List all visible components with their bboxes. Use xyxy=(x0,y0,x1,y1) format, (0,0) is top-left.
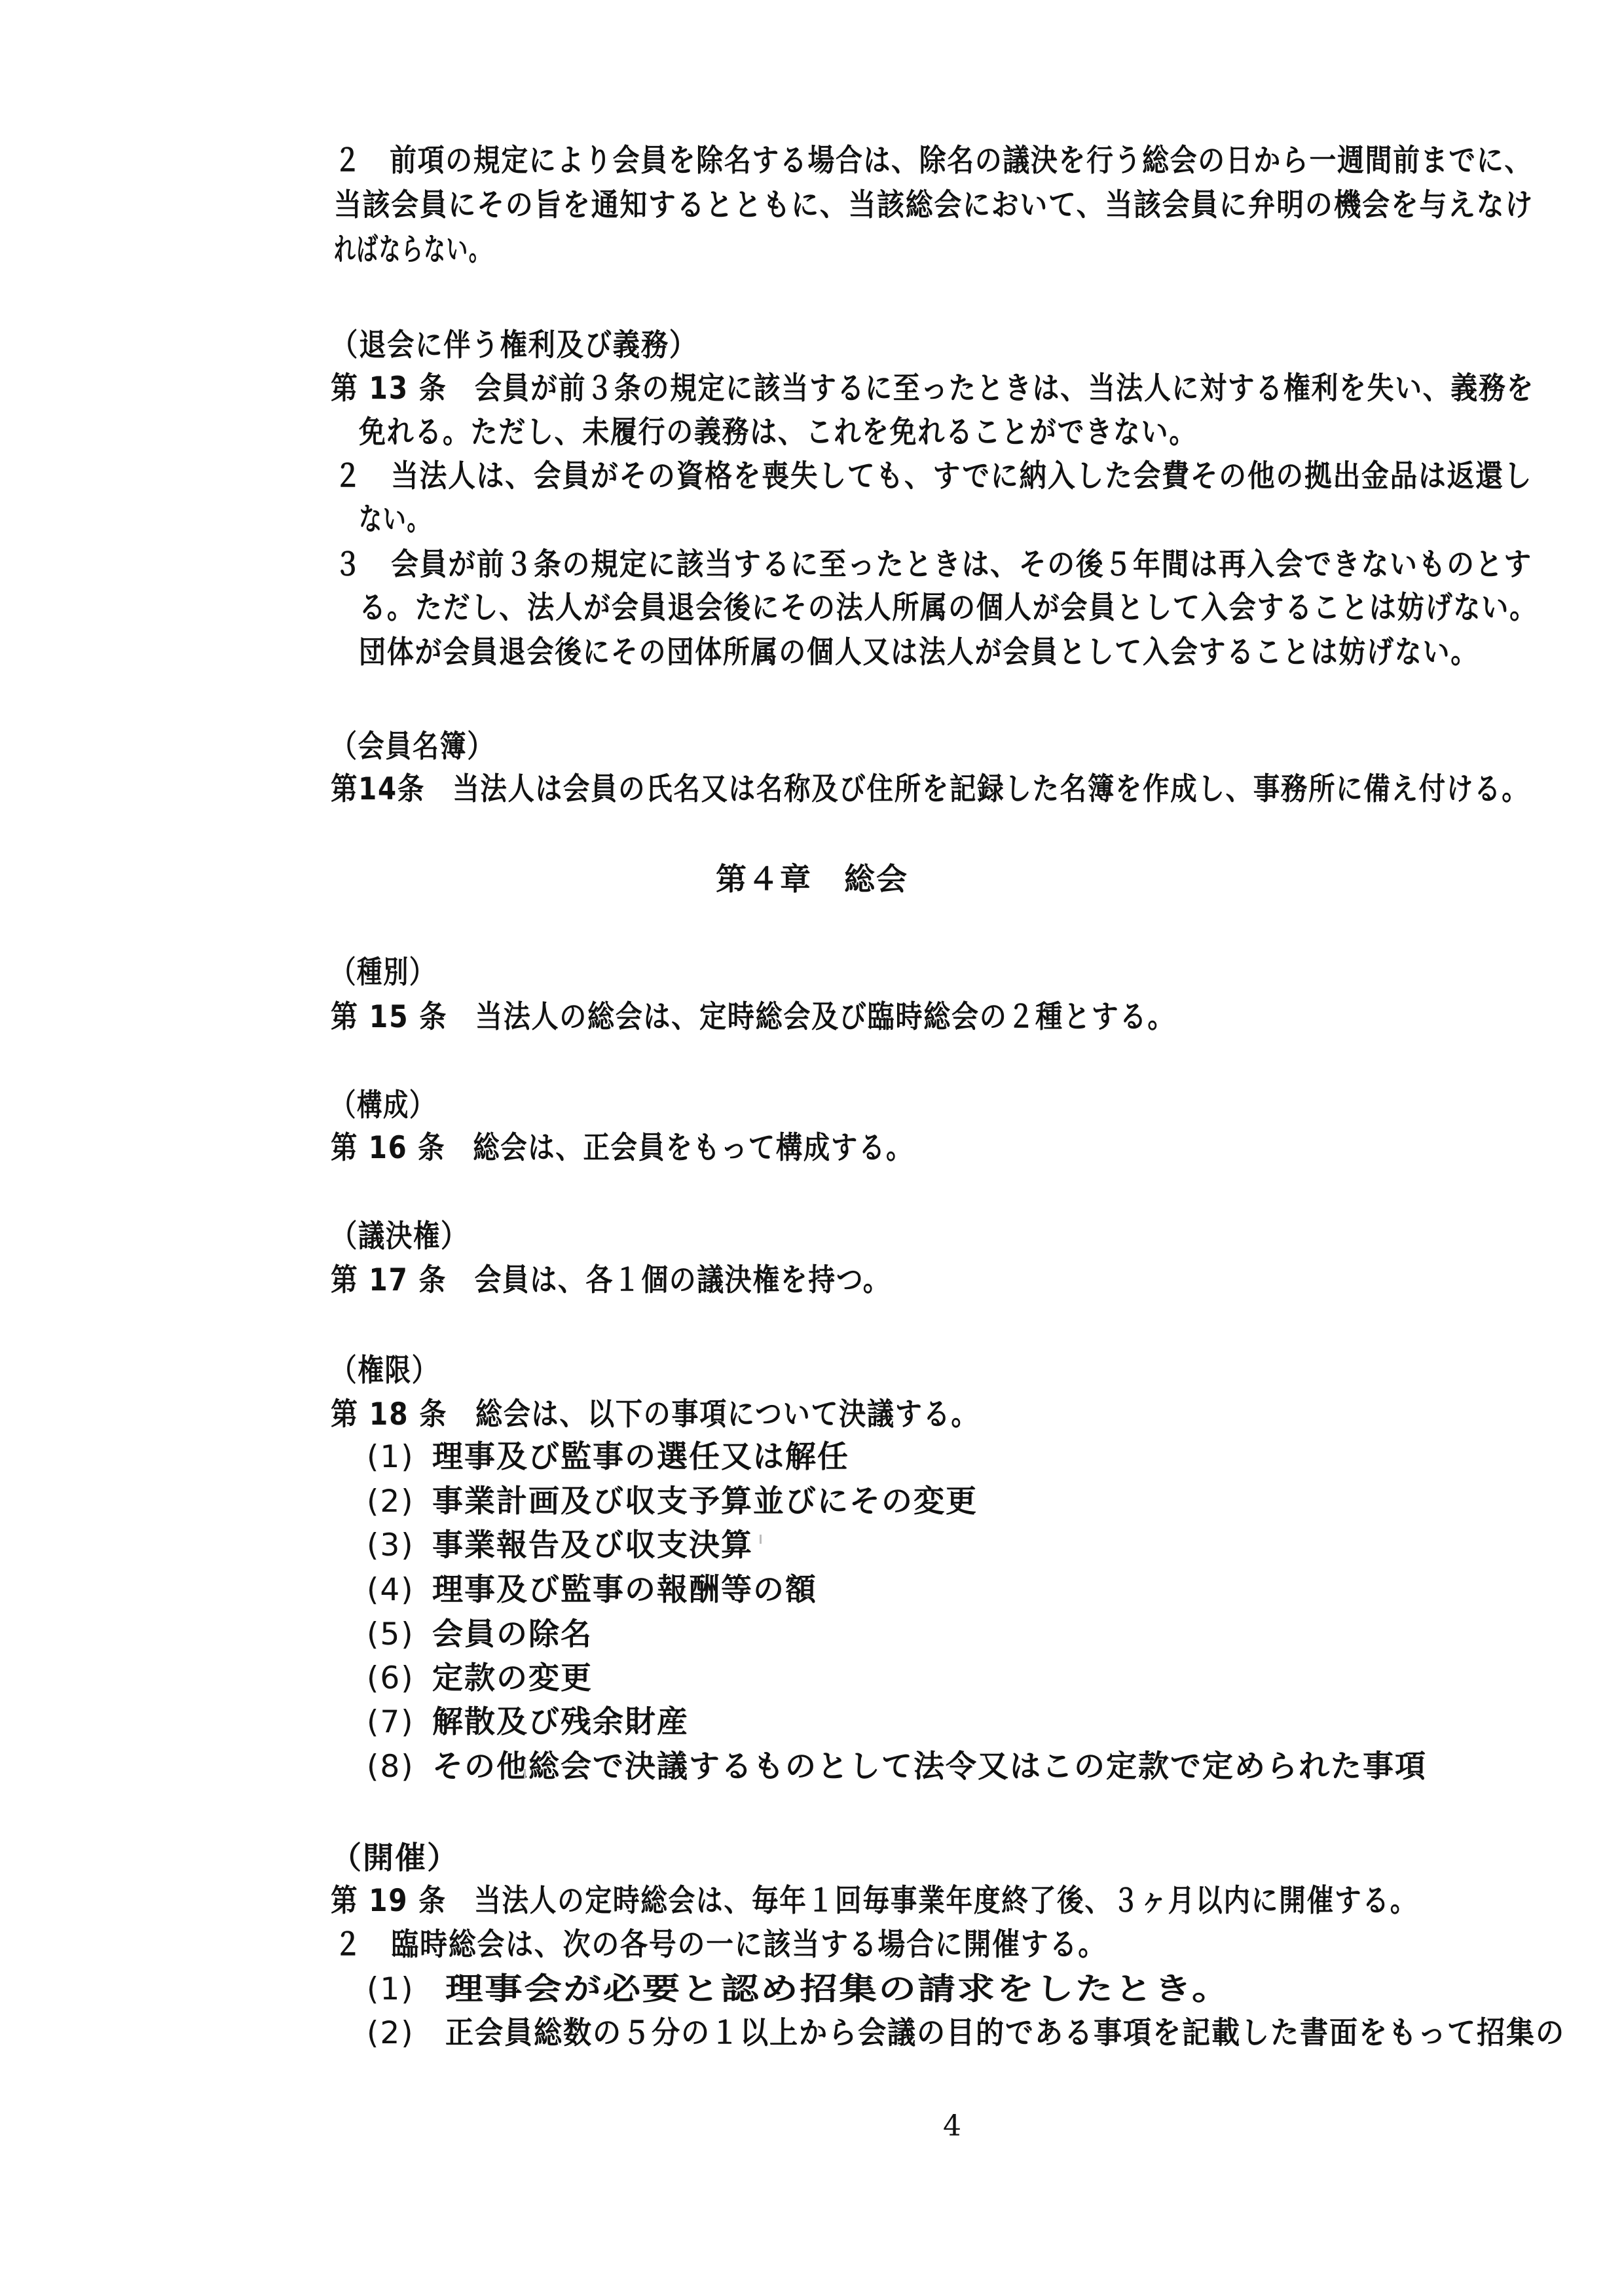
art13-p3-l2: る。ただし、法人が会員退会後にその法人所属の個人が会員として入会することは妨げな… xyxy=(359,590,1538,627)
item-number: (7) xyxy=(367,1704,415,1741)
item-text: 正会員総数の５分の１以上から会議の目的である事項を記載した書面をもって招集の xyxy=(445,2015,1565,2052)
art12-p2-l1: ２ 前項の規定により会員を除名する場合は、除名の議決を行う総会の日から一週間前ま… xyxy=(334,143,1532,179)
art13-p2-l2: ない。 xyxy=(359,501,431,538)
art15-heading: （種別） xyxy=(331,955,435,991)
item-text: 事業計画及び収支予算並びにその変更 xyxy=(432,1484,978,1520)
page-number: 4 xyxy=(943,2109,961,2143)
item-text: その他総会で決議するものとして法令又はこの定款で定められた事項 xyxy=(432,1749,1427,1785)
item-number: (1) xyxy=(367,1439,415,1476)
art18-l1: 第 18 条 総会は、以下の事項について決議する。 xyxy=(331,1396,979,1433)
art17-l1: 第 17 条 会員は、各１個の議決権を持つ。 xyxy=(331,1262,891,1299)
item-text: 解散及び残余財産 xyxy=(432,1704,689,1741)
art13-l1: 第 13 条 会員が前３条の規定に該当するに至ったときは、当法人に対する権利を失… xyxy=(331,371,1534,407)
art18-heading: （権限） xyxy=(331,1353,439,1389)
item-number: (1) xyxy=(367,1971,415,2008)
art13-p3-l1: ３ 会員が前３条の規定に該当するに至ったときは、その後５年間は再入会できないもの… xyxy=(334,547,1532,583)
art16-l1: 第 16 条 総会は、正会員をもって構成する。 xyxy=(331,1130,913,1167)
scan-speck xyxy=(524,1769,526,1778)
item-number: (2) xyxy=(367,1484,415,1520)
item-text: 会員の除名 xyxy=(432,1616,593,1653)
item-number: (3) xyxy=(367,1527,415,1564)
item-number: (8) xyxy=(367,1749,415,1785)
item-text: 事業報告及び収支決算 xyxy=(432,1527,753,1564)
item-number: (4) xyxy=(367,1572,415,1609)
item-text: 理事及び監事の報酬等の額 xyxy=(432,1572,817,1609)
art17-heading: （議決権） xyxy=(331,1218,468,1255)
item-text: 定款の変更 xyxy=(432,1660,593,1697)
chapter-heading: 第４章 総会 xyxy=(0,862,1624,898)
article-19-heading: （開催） xyxy=(331,1840,459,1877)
art15-l1: 第 15 条 当法人の総会は、定時総会及び臨時総会の２種とする。 xyxy=(331,999,1175,1036)
item-text: 理事会が必要と認め招集の請求をしたとき。 xyxy=(445,1971,1231,2008)
item-number: (2) xyxy=(367,2015,415,2052)
item-number: (5) xyxy=(367,1616,415,1653)
item-text: 理事及び監事の選任又は解任 xyxy=(432,1439,849,1476)
item-number: (6) xyxy=(367,1660,415,1697)
art12-p2-l3: ればならない。 xyxy=(334,232,491,268)
art13-p2-l1: ２ 当法人は、会員がその資格を喪失しても、すでに納入した会費その他の拠出金品は返… xyxy=(334,458,1532,495)
art14-l1: 第14条 当法人は会員の氏名又は名称及び住所を記録した名簿を作成し、事務所に備え… xyxy=(331,771,1529,808)
article-19-text: 第 19 条 当法人の定時総会は、毎年１回毎事業年度終了後、３ヶ月以内に開催する… xyxy=(331,1883,1418,1920)
art13-heading: （退会に伴う権利及び義務） xyxy=(331,327,697,364)
art13-l2: 免れる。ただし、未履行の義務は、これを免れることができない。 xyxy=(359,414,1197,451)
art14-heading: （会員名簿） xyxy=(331,729,494,765)
art12-p2-l2: 当該会員にその旨を通知するとともに、当該総会において、当該会員に弁明の機会を与え… xyxy=(334,187,1534,224)
art16-heading: （構成） xyxy=(331,1087,435,1124)
article-19-paragraph-2: ２ 臨時総会は、次の各号の一に該当する場合に開催する。 xyxy=(334,1927,1107,1963)
scan-speck xyxy=(760,1535,762,1544)
art13-p3-l3: 団体が会員退会後にその団体所属の個人又は法人が会員として入会することは妨げない。 xyxy=(359,634,1479,671)
